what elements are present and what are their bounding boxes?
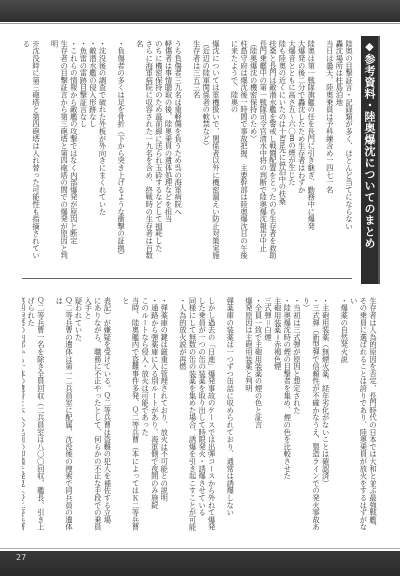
text-line: このルートなら侵入・放火は可能であった [141,297,151,533]
top-margin-bar [0,0,400,22]
text-line: 表記）が嫌疑を受けている。Ｑ二等兵曹は盗難の犯人を補佐する立場 [103,297,113,533]
text-line: した乗員が一つの缶の装薬を取り出して時限発火・誘爆させている [198,297,208,533]
text-line: 生存者は三五三名 [192,40,202,266]
text-line: 当時、陸奥艦内で盗難事件多発、Ｑ二等兵曹（本によってはＫ二等兵曹と [121,297,140,533]
text-line: ・敵潜水艦の侵入形跡なし [88,40,98,266]
section-title: ◆参考資料・陸奥爆沈についてのまとめ [361,36,378,249]
text-line: さらに海軍病院に収容された一九名を含め、終戦時の生存者は百数名 [135,40,154,266]
text-line: ・弾薬庫の鍵は厳重に管理されており、放火は不可能との説明 [160,297,170,533]
text-line: 長門乗艦中の第一戦隊司令官清水中将の判断で陸奥爆沈報告中止 [259,40,269,266]
text-line: 陸奥は第一戦隊旗艦の任を長門に引き継ぎ、勤務中に爆発 [307,40,317,266]
text-line: ・負傷者の多くは足を骨折（下から突き上げるような衝撃の証拠） [117,40,127,266]
text-line: ・爆薬の自然発火説 [340,297,350,533]
text-line: 扶桑と長門は敵潜水艦を警戒し戦闘配置をとったのち生存者を救助 [268,40,278,266]
text-line: しかし過去の「日進」爆発事故のケースでは出弾コースから外れて爆発 [207,297,217,533]
text-line: 第四砲塔の内部から一体の遺骨と本人の名前の印鑑を発見（Ｑ二等兵曹か [22,297,27,533]
text-line: 主砲用装薬＝赤褐色煙 [273,297,283,533]
text-line: ・当初は三式弾が原因と想定された [292,297,302,533]
text-line: ・陸奥爆沈時の煙の目撃者を集め、煙の色を比較させた [283,297,293,533]
text-line: うち負傷者三九名は重軽傷を負うため呉の海軍病院へ [174,40,184,266]
text-line: 大爆発の後二分で轟沈したため生存者はわずか [297,40,307,266]
text-line: ・全員一致で主砲用装薬の煙の色と証言 [254,297,264,533]
text-line: その乗員に選ばれることは誇りであり、陸奥乗員が放火をするはずがない [349,297,368,533]
text-line: 同様にして無数の缶の装薬を集めた場合、誘爆を引き起こすことが可能 [188,297,198,533]
section-divider [22,278,352,279]
text-line: 轟沈場所は柱島泊地 [335,40,345,266]
top-rule [0,23,400,24]
text-line: ・沈没後の調査で破れた外板が外向きにまくれていた [98,40,108,266]
text-line: のちに機密保持のため最前線に送られ玉砕するなどして損耗した [154,40,164,266]
bottom-margin-bar [0,551,400,576]
section-title-band: ◆参考資料・陸奥爆沈についてのまとめ [361,36,380,284]
text-line: 陸奥の目撃証言・記録類が多く、ほとんど当てにならない [344,40,354,266]
text-line: 疑われていた [74,297,84,533]
text-line: ・これらの情報から敵艦の攻撃ではなく内部爆発が原因と断定 [69,40,79,266]
text-line: 当日は曇天、陸奥乗員は予科練含め一四七一名 [325,40,335,266]
text-line: ・三式弾（新型弾で信頼性が不確かなうえ、製造ラインでの発火事故あり） [302,297,321,533]
text-line: Ｑ二等兵曹一名を除き全員回収（二兵員室は八〇〇回収、艦長、引き上げられた [27,297,46,533]
lower-text-block: 生存者は人為的原因を否定、長門時代の日本では大和と並ぶ最強戦艦、その乗員に選ばれ… [22,297,378,533]
text-line: 大爆音とともに高さ五〜六〇mの煙が生じた [287,40,297,266]
text-line: 柱島守府は爆沈後一時間で事故把握、主要幹部は陸奥爆沈日の午後に来たようで、陸奥の [230,40,249,266]
text-line: 三式弾＝白煙 [263,297,273,533]
page-number: 27 [16,553,26,562]
text-line: 爆発原因は主砲用装薬と判明 [244,297,254,533]
text-line: ※沈没時に第三砲塔と第四砲塔は入れ替った可能性も指摘されている [22,40,41,266]
text-line: （陸奥爆沈の機密保持のため） [249,40,259,266]
upper-text-block: 陸奥の目撃証言・記録類が多く、ほとんど当てにならない轟沈場所は柱島泊地当日は曇天… [22,40,354,266]
text-line: ・人為的放火説が再燃 [178,297,188,533]
text-line: 爆沈については軍機扱いで、関係者以外に機密漏えい防止対策実施 [211,40,221,266]
text-line: Ｑ二等兵曹の遺体は第一二兵員室に配属、沈没後の捜索で同兵員の遺体は [55,297,74,533]
text-line: 弾薬庫の装薬は一つずつ缶詰に収められており、通常は誘爆しない [226,297,236,533]
text-line: 生存者の目撃証言から第三砲塔と第四砲塔の間での爆発が原因と判明 [50,40,69,266]
text-line: ・通路から弾薬庫に入る別ルートがあり、海軍側で夜間のみ施錠 [150,297,160,533]
text-line: ・主砲用装薬（無煙火薬、経年劣化がないことは確認済） [321,297,331,533]
text-line: にありながら、職務に不正やったとして、何らかの不正な手段での乗員入手と [84,297,103,533]
text-line: ・魚雷の雷跡目撃証言なし [79,40,89,266]
text-line: （近辺の陸軍関係者の軟禁など） [202,40,212,266]
text-line: 陸も陸奥の近くにいたのは十km先に停泊中の扶桑 [278,40,288,266]
bottom-rule [0,548,400,549]
text-line: 軽傷者は事情聴取の後、陸奥乗員の遺体処理などを担当 [164,40,174,266]
text-line: 生存者は人為的原因を否定、長門時代の日本では大和と並ぶ最強戦艦、 [368,297,378,533]
